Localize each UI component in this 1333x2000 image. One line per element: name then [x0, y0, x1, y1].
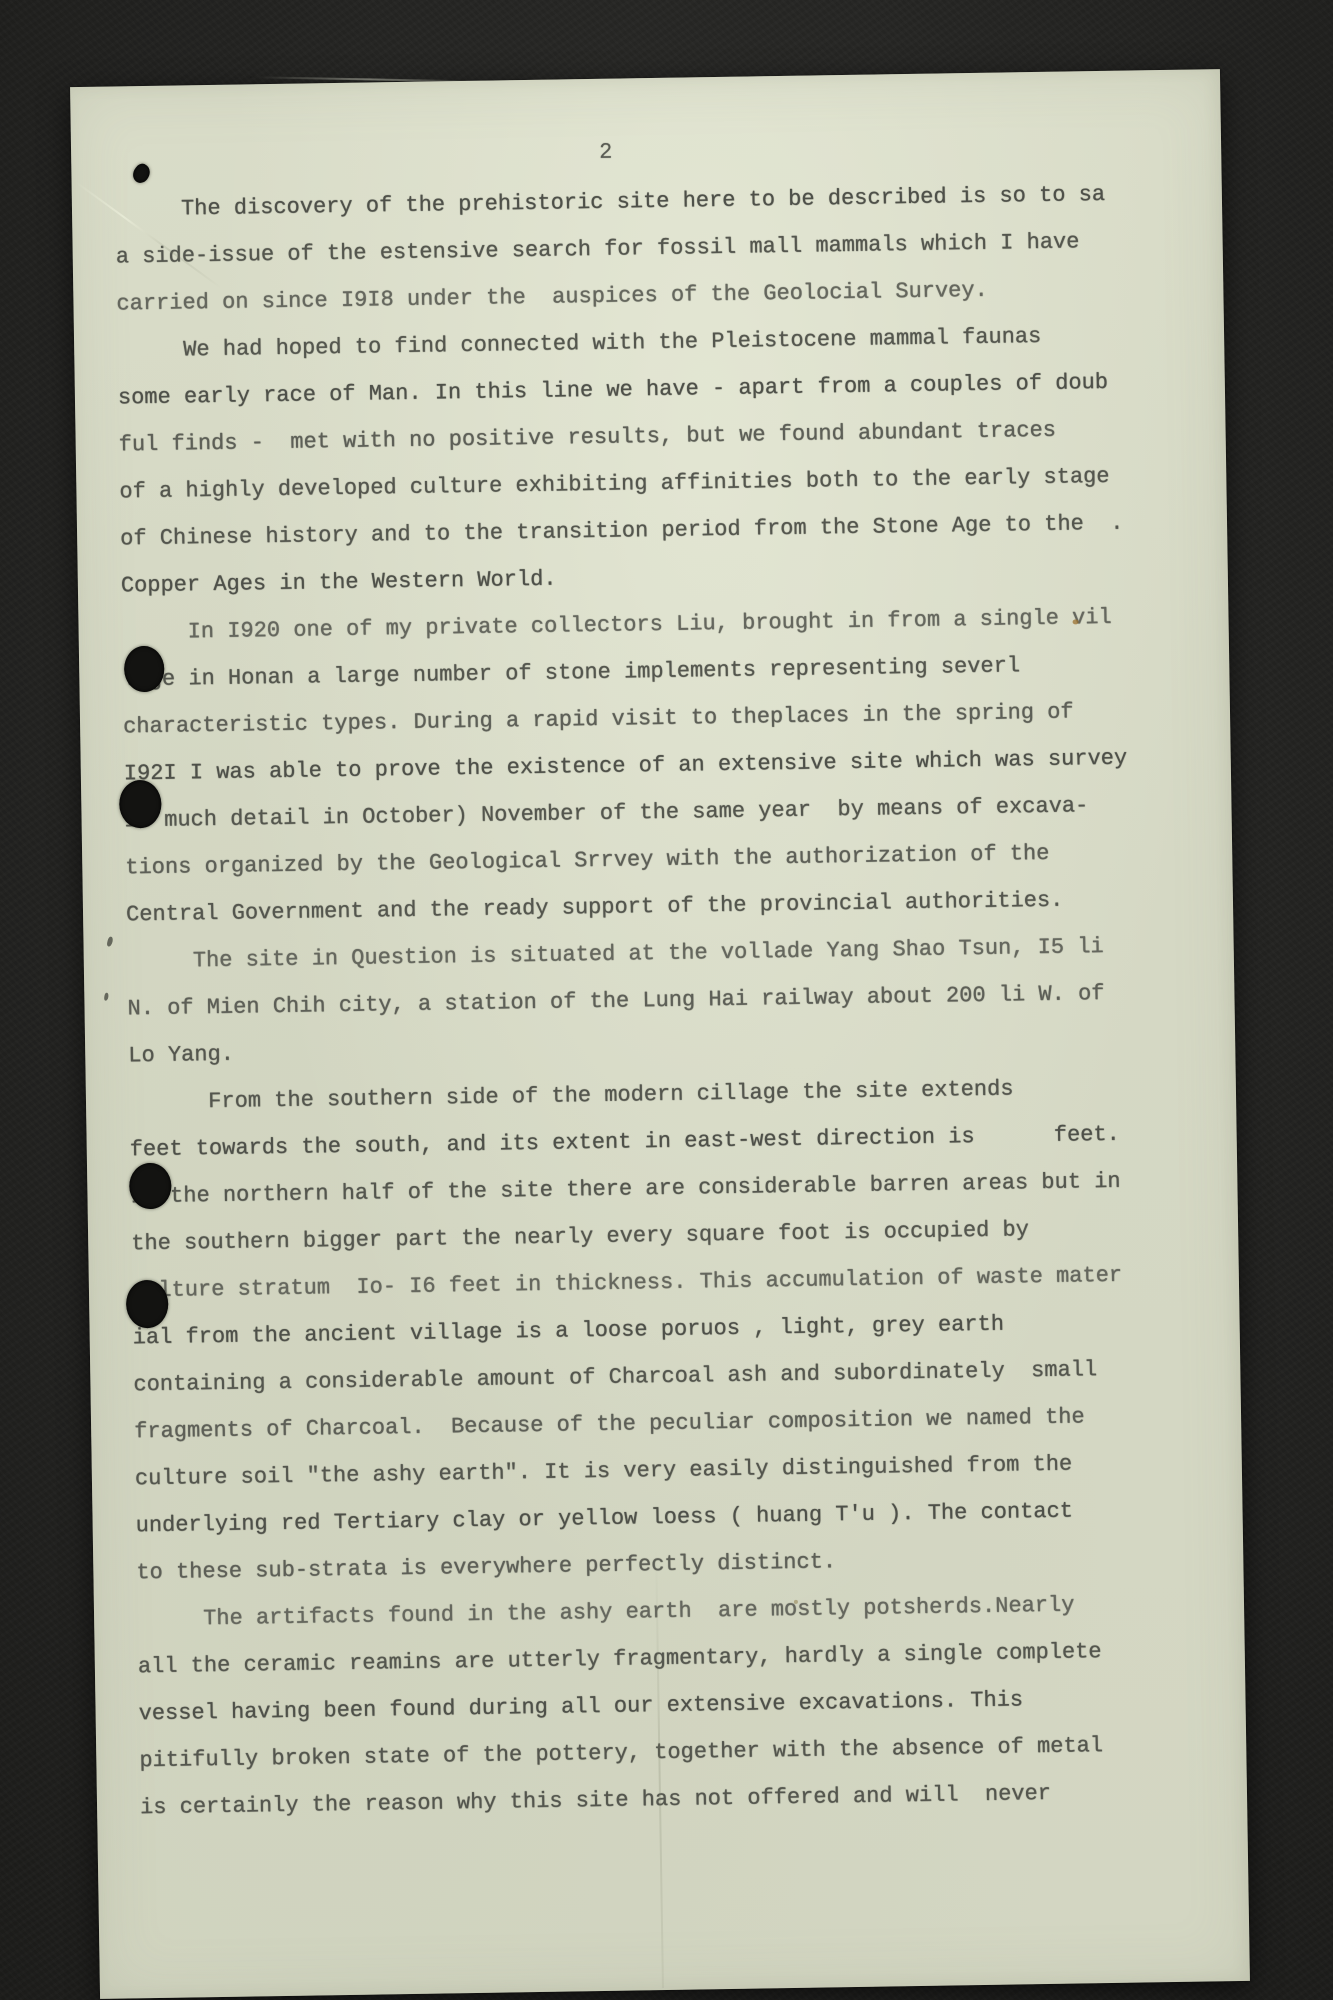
- page-number: 2: [599, 129, 613, 176]
- paper-crease: [250, 76, 490, 83]
- photo-background: 2 The discovery of the prehistoric site …: [0, 0, 1333, 2000]
- stray-ink-mark: [104, 992, 109, 1000]
- typewritten-page: 2 The discovery of the prehistoric site …: [70, 69, 1250, 1999]
- body-text: The discovery of the prehistoric site he…: [115, 169, 1221, 1831]
- rust-speck: [794, 1600, 798, 1604]
- punch-hole: [129, 161, 153, 186]
- stray-ink-mark: [106, 936, 113, 947]
